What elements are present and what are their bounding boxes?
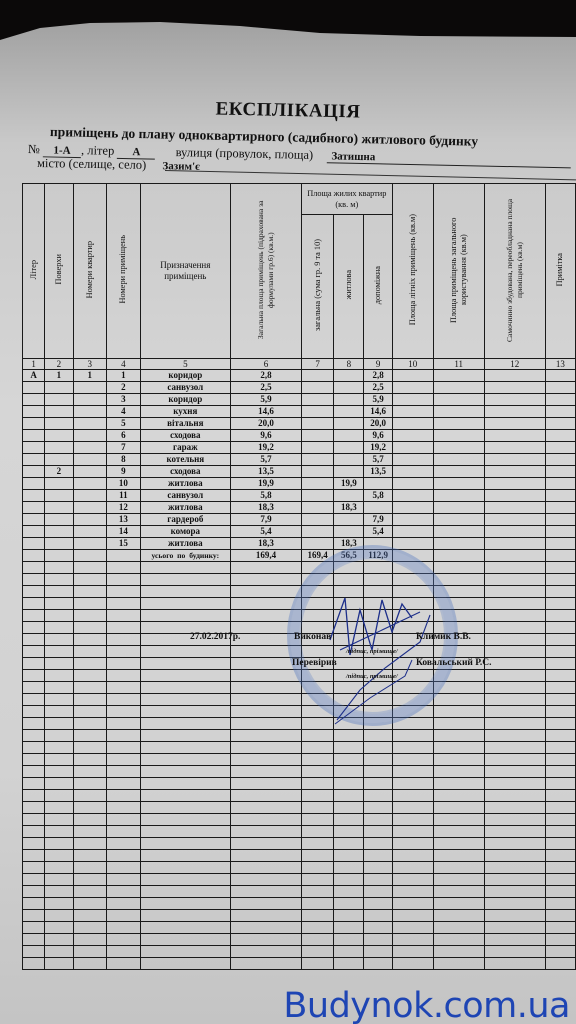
cell-empty bbox=[301, 742, 333, 754]
cell-empty bbox=[433, 586, 484, 598]
cell-empty bbox=[484, 646, 545, 658]
empty-row bbox=[23, 646, 576, 658]
cell-empty bbox=[364, 730, 392, 742]
cell-empty bbox=[433, 646, 484, 658]
checked-by-label: Перевірив bbox=[292, 658, 337, 668]
cell-empty bbox=[301, 838, 333, 850]
cell-empty bbox=[23, 886, 45, 898]
cell-empty bbox=[73, 718, 107, 730]
column-number-3: 3 bbox=[73, 359, 107, 370]
totals-auxiliary-area: 112,9 bbox=[364, 550, 392, 562]
cell-total-area: 5,4 bbox=[230, 526, 301, 538]
cell-empty bbox=[392, 850, 433, 862]
cell-empty bbox=[73, 958, 107, 970]
cell-empty bbox=[140, 658, 230, 670]
cell-empty bbox=[334, 694, 364, 706]
cell-empty bbox=[107, 598, 141, 610]
cell-empty bbox=[433, 478, 484, 490]
column-number-5: 5 bbox=[140, 359, 230, 370]
cell-empty bbox=[334, 562, 364, 574]
cell-empty bbox=[140, 898, 230, 910]
cell-empty bbox=[545, 442, 575, 454]
cell-auxiliary-area bbox=[364, 502, 392, 514]
cell-empty bbox=[545, 790, 575, 802]
cell-empty bbox=[433, 382, 484, 394]
column-number-13: 13 bbox=[545, 359, 575, 370]
cell-empty bbox=[140, 718, 230, 730]
cell-empty bbox=[364, 826, 392, 838]
cell-purpose: вітальня bbox=[140, 418, 230, 430]
cell-empty bbox=[301, 802, 333, 814]
cell-empty bbox=[23, 934, 45, 946]
cell-living-total bbox=[301, 370, 333, 382]
cell-empty bbox=[392, 958, 433, 970]
cell-empty bbox=[545, 814, 575, 826]
cell-purpose: сходова bbox=[140, 466, 230, 478]
cell-empty bbox=[45, 706, 73, 718]
cell-empty bbox=[484, 694, 545, 706]
cell-room-number: 14 bbox=[107, 526, 141, 538]
cell-total-area: 5,8 bbox=[230, 490, 301, 502]
cell-empty bbox=[73, 610, 107, 622]
cell-empty bbox=[230, 934, 301, 946]
cell-empty bbox=[334, 874, 364, 886]
cell-liter bbox=[23, 490, 45, 502]
cell-apartment bbox=[73, 478, 107, 490]
empty-row bbox=[23, 778, 576, 790]
cell-empty bbox=[392, 562, 433, 574]
empty-row bbox=[23, 766, 576, 778]
cell-empty bbox=[73, 850, 107, 862]
cell-empty bbox=[140, 694, 230, 706]
totals-total-area: 169,4 bbox=[230, 550, 301, 562]
header-common-area: Площа приміщень загального користування … bbox=[433, 184, 484, 359]
cell-empty bbox=[392, 574, 433, 586]
cell-empty bbox=[433, 718, 484, 730]
cell-floor bbox=[45, 406, 73, 418]
cell-empty bbox=[230, 610, 301, 622]
cell-empty bbox=[140, 850, 230, 862]
cell-empty bbox=[301, 898, 333, 910]
cell-empty bbox=[392, 598, 433, 610]
cell-empty bbox=[140, 862, 230, 874]
column-number-9: 9 bbox=[364, 359, 392, 370]
cell-empty bbox=[484, 550, 545, 562]
cell-apartment bbox=[73, 502, 107, 514]
cell-empty bbox=[140, 802, 230, 814]
cell-empty bbox=[392, 682, 433, 694]
cell-liter bbox=[23, 418, 45, 430]
cell-empty bbox=[364, 610, 392, 622]
cell-empty bbox=[107, 730, 141, 742]
cell-empty bbox=[45, 958, 73, 970]
cell-empty bbox=[140, 682, 230, 694]
table-row: 15житлова18,318,3 bbox=[23, 538, 576, 550]
cell-empty bbox=[364, 586, 392, 598]
cell-empty bbox=[433, 778, 484, 790]
cell-empty bbox=[433, 910, 484, 922]
cell-empty bbox=[545, 562, 575, 574]
cell-empty bbox=[545, 370, 575, 382]
column-number-2: 2 bbox=[45, 359, 73, 370]
cell-empty bbox=[392, 646, 433, 658]
cell-empty bbox=[45, 574, 73, 586]
cell-empty bbox=[73, 682, 107, 694]
cell-empty bbox=[392, 514, 433, 526]
cell-empty bbox=[545, 694, 575, 706]
cell-empty bbox=[334, 946, 364, 958]
cell-empty bbox=[334, 598, 364, 610]
cell-empty bbox=[484, 526, 545, 538]
cell-empty bbox=[545, 922, 575, 934]
cell-empty bbox=[140, 838, 230, 850]
cell-empty bbox=[334, 754, 364, 766]
column-number-1: 1 bbox=[23, 359, 45, 370]
cell-empty bbox=[433, 538, 484, 550]
cell-apartment bbox=[73, 382, 107, 394]
cell-empty bbox=[392, 790, 433, 802]
cell-empty bbox=[334, 802, 364, 814]
cell-living-area bbox=[334, 466, 364, 478]
cell-empty bbox=[392, 922, 433, 934]
table-row: 4кухня14,614,6 bbox=[23, 406, 576, 418]
empty-row bbox=[23, 574, 576, 586]
cell-empty bbox=[301, 886, 333, 898]
cell-floor bbox=[45, 502, 73, 514]
cell-room-number: 4 bbox=[107, 406, 141, 418]
cell-purpose: кухня bbox=[140, 406, 230, 418]
cell-living-total bbox=[301, 430, 333, 442]
cell-empty bbox=[334, 850, 364, 862]
cell-apartment bbox=[73, 454, 107, 466]
cell-empty bbox=[433, 430, 484, 442]
cell-empty bbox=[301, 766, 333, 778]
header-room-purpose: Призначення приміщень bbox=[140, 184, 230, 359]
cell-floor bbox=[45, 454, 73, 466]
empty-row bbox=[23, 886, 576, 898]
cell-living-area bbox=[334, 382, 364, 394]
cell-living-total bbox=[301, 454, 333, 466]
cell-empty bbox=[301, 826, 333, 838]
performed-by-caption: /підпис, прізвище/ bbox=[346, 648, 398, 655]
cell-empty bbox=[107, 934, 141, 946]
cell-purpose: котельня bbox=[140, 454, 230, 466]
cell-room-number: 12 bbox=[107, 502, 141, 514]
cell-empty bbox=[140, 790, 230, 802]
cell-empty bbox=[140, 706, 230, 718]
cell-empty bbox=[45, 598, 73, 610]
cell-empty bbox=[73, 574, 107, 586]
cell-empty bbox=[433, 826, 484, 838]
cell-empty bbox=[392, 814, 433, 826]
cell-empty bbox=[334, 862, 364, 874]
cell-empty bbox=[23, 574, 45, 586]
cell-empty bbox=[230, 682, 301, 694]
cell-empty bbox=[392, 838, 433, 850]
cell-empty bbox=[545, 526, 575, 538]
cell-empty bbox=[484, 826, 545, 838]
cell-empty bbox=[73, 910, 107, 922]
cell-empty bbox=[433, 934, 484, 946]
cell-empty bbox=[334, 634, 364, 646]
cell-empty bbox=[392, 610, 433, 622]
cell-empty bbox=[45, 886, 73, 898]
cell-empty bbox=[73, 754, 107, 766]
cell-empty bbox=[107, 754, 141, 766]
cell-living-area bbox=[334, 454, 364, 466]
cell-empty bbox=[484, 514, 545, 526]
cell-empty bbox=[73, 898, 107, 910]
cell-empty bbox=[484, 766, 545, 778]
cell-empty bbox=[334, 910, 364, 922]
cell-total-area: 18,3 bbox=[230, 502, 301, 514]
cell-floor bbox=[45, 382, 73, 394]
header-auxiliary: допоміжна bbox=[364, 215, 392, 359]
cell-empty bbox=[301, 586, 333, 598]
cell-empty bbox=[392, 538, 433, 550]
performed-by-label: Виконав bbox=[294, 632, 331, 642]
cell-liter bbox=[23, 538, 45, 550]
cell-empty bbox=[140, 946, 230, 958]
cell-empty bbox=[73, 946, 107, 958]
cell-living-area bbox=[334, 442, 364, 454]
cell-total-area: 2,5 bbox=[230, 382, 301, 394]
empty-row bbox=[23, 814, 576, 826]
cell-empty bbox=[73, 826, 107, 838]
cell-room-number: 6 bbox=[107, 430, 141, 442]
cell-room-number: 5 bbox=[107, 418, 141, 430]
cell-empty bbox=[545, 502, 575, 514]
cell-empty bbox=[545, 394, 575, 406]
cell-total-area: 19,9 bbox=[230, 478, 301, 490]
cell-living-area bbox=[334, 514, 364, 526]
cell-empty bbox=[484, 706, 545, 718]
cell-empty bbox=[433, 598, 484, 610]
totals-row: усього по будинку:169,4169,456,5112,9 bbox=[23, 550, 576, 562]
cell-empty bbox=[392, 382, 433, 394]
cell-empty bbox=[334, 658, 364, 670]
header-room-numbers: Номери приміщень bbox=[107, 184, 141, 359]
cell-floor: 2 bbox=[45, 466, 73, 478]
cell-empty bbox=[45, 934, 73, 946]
cell-empty bbox=[484, 610, 545, 622]
cell-empty bbox=[433, 862, 484, 874]
cell-auxiliary-area: 9,6 bbox=[364, 430, 392, 442]
table-row: 11санвузол5,85,8 bbox=[23, 490, 576, 502]
cell-empty bbox=[23, 742, 45, 754]
cell-empty bbox=[364, 682, 392, 694]
cell-empty bbox=[364, 778, 392, 790]
cell-empty bbox=[45, 778, 73, 790]
cell-empty bbox=[364, 742, 392, 754]
cell-empty bbox=[45, 910, 73, 922]
cell-empty bbox=[230, 670, 301, 682]
cell-empty bbox=[107, 958, 141, 970]
cell-empty bbox=[545, 838, 575, 850]
cell-empty bbox=[484, 634, 545, 646]
cell-empty bbox=[301, 910, 333, 922]
cell-empty bbox=[364, 886, 392, 898]
cell-apartment bbox=[73, 394, 107, 406]
cell-empty bbox=[23, 862, 45, 874]
cell-empty bbox=[107, 574, 141, 586]
cell-liter bbox=[23, 406, 45, 418]
cell-empty bbox=[392, 826, 433, 838]
cell-empty bbox=[545, 634, 575, 646]
cell-empty bbox=[545, 574, 575, 586]
cell-empty bbox=[334, 574, 364, 586]
column-number-8: 8 bbox=[334, 359, 364, 370]
cell-purpose: гардероб bbox=[140, 514, 230, 526]
cell-empty bbox=[433, 838, 484, 850]
column-number-6: 6 bbox=[230, 359, 301, 370]
cell-empty bbox=[433, 742, 484, 754]
cell-floor bbox=[45, 442, 73, 454]
cell-empty bbox=[230, 622, 301, 634]
cell-empty bbox=[23, 958, 45, 970]
empty-row bbox=[23, 802, 576, 814]
cell-empty bbox=[392, 478, 433, 490]
cell-total-area: 2,8 bbox=[230, 370, 301, 382]
cell-empty bbox=[433, 466, 484, 478]
empty-row bbox=[23, 754, 576, 766]
cell-empty bbox=[433, 814, 484, 826]
empty-row bbox=[23, 826, 576, 838]
cell-empty bbox=[392, 490, 433, 502]
cell-empty bbox=[392, 802, 433, 814]
cell-empty bbox=[484, 838, 545, 850]
cell-empty bbox=[230, 634, 301, 646]
cell-empty bbox=[230, 754, 301, 766]
cell-empty bbox=[107, 718, 141, 730]
cell-empty bbox=[334, 778, 364, 790]
cell-empty bbox=[107, 802, 141, 814]
cell-empty bbox=[230, 646, 301, 658]
cell-empty bbox=[107, 814, 141, 826]
cell-empty bbox=[107, 826, 141, 838]
cell-empty bbox=[545, 862, 575, 874]
cell-empty bbox=[433, 442, 484, 454]
cell-empty bbox=[484, 382, 545, 394]
cell-empty bbox=[334, 886, 364, 898]
cell-living-area: 19,9 bbox=[334, 478, 364, 490]
cell-empty bbox=[230, 766, 301, 778]
cell-empty bbox=[23, 550, 45, 562]
cell-empty bbox=[230, 850, 301, 862]
cell-empty bbox=[392, 550, 433, 562]
column-number-7: 7 bbox=[301, 359, 333, 370]
cell-empty bbox=[334, 610, 364, 622]
empty-row bbox=[23, 718, 576, 730]
cell-liter: А bbox=[23, 370, 45, 382]
totals-living-total: 169,4 bbox=[301, 550, 333, 562]
cell-auxiliary-area: 5,8 bbox=[364, 490, 392, 502]
empty-row bbox=[23, 586, 576, 598]
cell-empty bbox=[73, 862, 107, 874]
cell-empty bbox=[301, 574, 333, 586]
cell-empty bbox=[45, 610, 73, 622]
cell-empty bbox=[45, 586, 73, 598]
cell-empty bbox=[392, 418, 433, 430]
header-living-area-group: Площа жилих квартир (кв. м) bbox=[301, 184, 392, 215]
cell-empty bbox=[433, 550, 484, 562]
cell-purpose: сходова bbox=[140, 430, 230, 442]
cell-empty bbox=[484, 850, 545, 862]
empty-row bbox=[23, 742, 576, 754]
cell-empty bbox=[364, 694, 392, 706]
cell-empty bbox=[23, 946, 45, 958]
cell-living-area bbox=[334, 406, 364, 418]
cell-room-number: 1 bbox=[107, 370, 141, 382]
cell-empty bbox=[107, 682, 141, 694]
cell-empty bbox=[73, 634, 107, 646]
cell-purpose: санвузол bbox=[140, 490, 230, 502]
cell-empty bbox=[23, 670, 45, 682]
cell-empty bbox=[107, 886, 141, 898]
cell-empty bbox=[484, 466, 545, 478]
cell-empty bbox=[23, 850, 45, 862]
cell-empty bbox=[484, 730, 545, 742]
cell-empty bbox=[230, 886, 301, 898]
cell-empty bbox=[230, 742, 301, 754]
city-label: місто (селище, село) bbox=[37, 156, 146, 172]
cell-empty bbox=[301, 706, 333, 718]
cell-room-number: 3 bbox=[107, 394, 141, 406]
empty-row bbox=[23, 610, 576, 622]
cell-living-area bbox=[334, 370, 364, 382]
cell-empty bbox=[45, 874, 73, 886]
cell-empty bbox=[140, 934, 230, 946]
cell-empty bbox=[364, 802, 392, 814]
cell-empty bbox=[364, 562, 392, 574]
cell-empty bbox=[23, 706, 45, 718]
column-number-4: 4 bbox=[107, 359, 141, 370]
cell-empty bbox=[45, 766, 73, 778]
cell-empty bbox=[23, 838, 45, 850]
empty-row bbox=[23, 946, 576, 958]
cell-empty bbox=[364, 862, 392, 874]
cell-empty bbox=[301, 598, 333, 610]
cell-empty bbox=[230, 598, 301, 610]
cell-empty bbox=[545, 490, 575, 502]
cell-empty bbox=[140, 610, 230, 622]
cell-apartment bbox=[73, 466, 107, 478]
cell-empty bbox=[545, 706, 575, 718]
cell-empty bbox=[301, 946, 333, 958]
cell-empty bbox=[73, 778, 107, 790]
cell-empty bbox=[107, 910, 141, 922]
cell-empty bbox=[45, 790, 73, 802]
cell-empty bbox=[392, 874, 433, 886]
cell-empty bbox=[392, 886, 433, 898]
cell-empty bbox=[545, 466, 575, 478]
cell-empty bbox=[364, 634, 392, 646]
header-total-area: Загальна площа приміщень (підрахована за… bbox=[230, 184, 301, 359]
cell-empty bbox=[392, 586, 433, 598]
empty-row bbox=[23, 874, 576, 886]
cell-empty bbox=[484, 898, 545, 910]
cell-empty bbox=[433, 574, 484, 586]
cell-empty bbox=[301, 682, 333, 694]
cell-empty bbox=[545, 454, 575, 466]
empty-row bbox=[23, 706, 576, 718]
cell-empty bbox=[484, 454, 545, 466]
cell-empty bbox=[301, 694, 333, 706]
cell-empty bbox=[73, 922, 107, 934]
liter-label: , літер bbox=[81, 143, 115, 158]
cell-auxiliary-area: 13,5 bbox=[364, 466, 392, 478]
cell-empty bbox=[484, 502, 545, 514]
